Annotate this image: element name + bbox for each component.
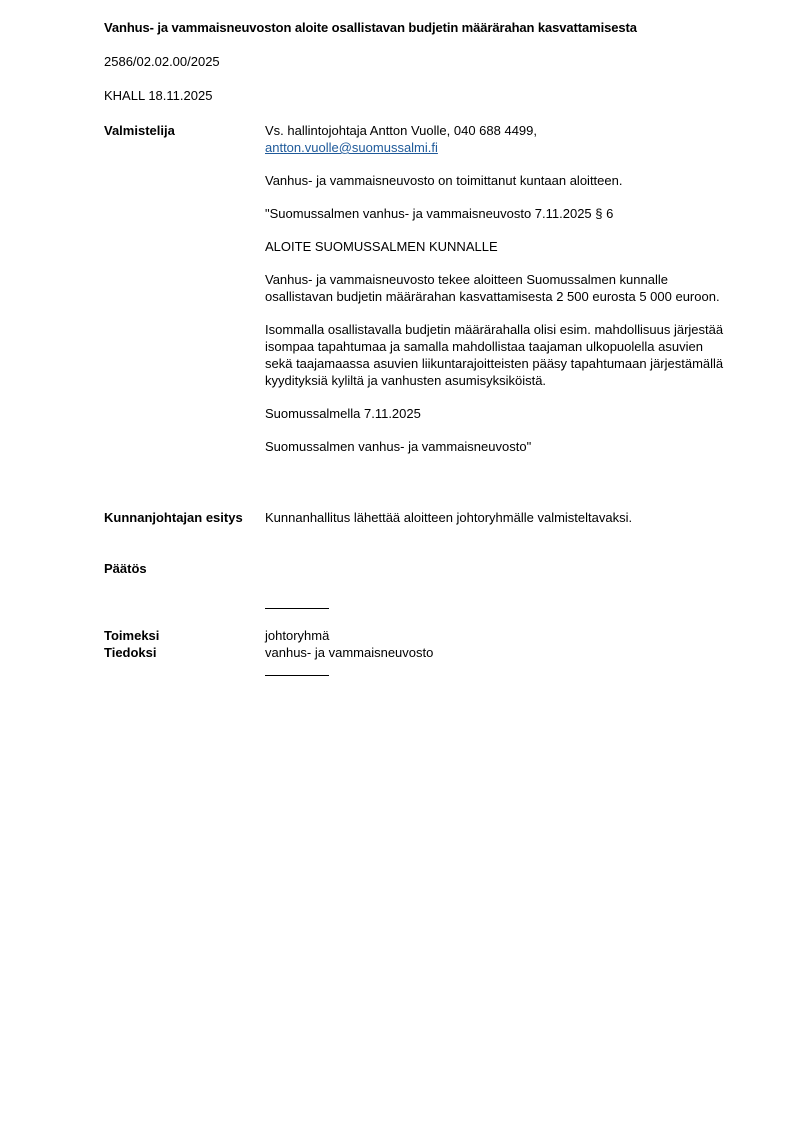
preparer-label: Valmistelija bbox=[104, 122, 175, 139]
preparer-section: Vs. hallintojohtaja Antton Vuolle, 040 6… bbox=[265, 122, 730, 455]
info-label: Tiedoksi bbox=[104, 644, 157, 661]
preparer-intro: Vanhus- ja vammaisneuvosto on toimittanu… bbox=[265, 172, 730, 189]
initiative-paragraph-1: Vanhus- ja vammaisneuvosto tekee aloitte… bbox=[265, 271, 730, 305]
preparer-contact: Vs. hallintojohtaja Antton Vuolle, 040 6… bbox=[265, 122, 730, 139]
divider-line bbox=[265, 675, 329, 676]
initiative-heading: ALOITE SUOMUSSALMEN KUNNALLE bbox=[265, 238, 730, 255]
quote-header: "Suomussalmen vanhus- ja vammaisneuvosto… bbox=[265, 205, 730, 222]
signature: Suomussalmen vanhus- ja vammaisneuvosto" bbox=[265, 438, 730, 455]
info-value: vanhus- ja vammaisneuvosto bbox=[265, 644, 730, 661]
proposal-text: Kunnanhallitus lähettää aloitteen johtor… bbox=[265, 509, 730, 526]
meeting-reference: KHALL 18.11.2025 bbox=[104, 87, 212, 104]
document-title: Vanhus- ja vammaisneuvoston aloite osall… bbox=[104, 19, 637, 36]
initiative-paragraph-2: Isommalla osallistavalla budjetin määrär… bbox=[265, 321, 730, 389]
decision-label: Päätös bbox=[104, 560, 147, 577]
case-number: 2586/02.02.00/2025 bbox=[104, 53, 220, 70]
proposal-label: Kunnanjohtajan esitys bbox=[104, 509, 244, 526]
place-date: Suomussalmella 7.11.2025 bbox=[265, 405, 730, 422]
action-value: johtoryhmä bbox=[265, 627, 730, 644]
action-label: Toimeksi bbox=[104, 627, 159, 644]
divider-line bbox=[265, 608, 329, 609]
preparer-email-link[interactable]: antton.vuolle@suomussalmi.fi bbox=[265, 140, 438, 155]
